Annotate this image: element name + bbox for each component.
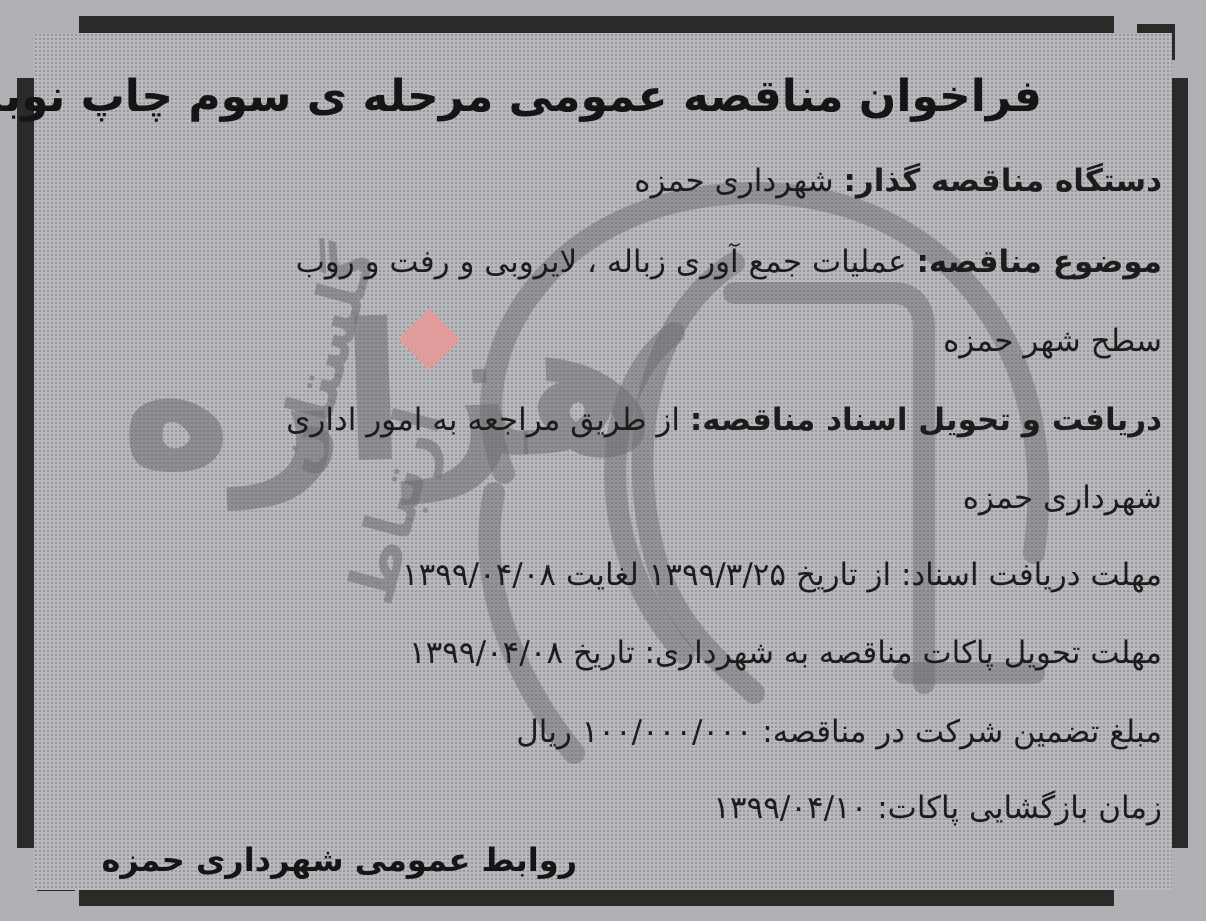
notice-content: فراخوان مناقصه عمومی مرحله ی سوم چاپ نوب… <box>34 33 1172 890</box>
notice-signature: روابط عمومی شهرداری حمزه <box>102 841 578 879</box>
field-subject: موضوع مناقصه: عملیات جمع آوری زباله ، لا… <box>296 247 1162 278</box>
field-submission-deadline: مهلت تحویل پاکات مناقصه به شهرداری: تاری… <box>409 638 1162 669</box>
field-value: از تاریخ ۱۳۹۹/۳/۲۵ لغایت ۱۳۹۹/۰۴/۰۸ <box>402 557 891 593</box>
field-opening-date: زمان بازگشایی پاکات: ۱۳۹۹/۰۴/۱۰ <box>713 793 1162 824</box>
field-organizer: دستگاه مناقصه گذار: شهرداری حمزه <box>634 166 1162 197</box>
field-label: مبلغ تضمین شرکت در مناقصه: <box>762 714 1162 750</box>
field-guarantee-amount: مبلغ تضمین شرکت در مناقصه: ۱۰۰/۰۰۰/۰۰۰ ر… <box>516 717 1162 748</box>
field-document-deadline: مهلت دریافت اسناد: از تاریخ ۱۳۹۹/۳/۲۵ لغ… <box>402 560 1162 591</box>
field-label: موضوع مناقصه: <box>916 244 1162 280</box>
field-label: زمان بازگشایی پاکات: <box>877 790 1162 826</box>
field-documents: دریافت و تحویل اسناد مناقصه: از طریق مرا… <box>286 405 1162 436</box>
field-label: مهلت دریافت اسناد: <box>901 557 1162 593</box>
field-label: دریافت و تحویل اسناد مناقصه: <box>690 402 1162 438</box>
field-value: ۱۰۰/۰۰۰/۰۰۰ ریال <box>516 714 752 750</box>
field-label: دستگاه مناقصه گذار: <box>843 163 1162 199</box>
field-value: ۱۳۹۹/۰۴/۱۰ <box>713 790 867 826</box>
field-value: تاریخ ۱۳۹۹/۰۴/۰۸ <box>409 635 635 671</box>
field-value: عملیات جمع آوری زباله ، لایروبی و رفت و … <box>296 244 907 280</box>
field-value: شهرداری حمزه <box>634 163 833 199</box>
field-documents-continuation: شهرداری حمزه <box>963 483 1162 514</box>
field-label: مهلت تحویل پاکات مناقصه به شهرداری: <box>644 635 1162 671</box>
field-subject-continuation: سطح شهر حمزه <box>943 326 1162 357</box>
field-value: از طریق مراجعه به امور اداری <box>286 402 680 438</box>
notice-title: فراخوان مناقصه عمومی مرحله ی سوم چاپ نوب… <box>0 71 1042 122</box>
newspaper-clipping: هزاره گلستان ارتباط فراخوان مناقصه عمومی… <box>0 0 1206 921</box>
